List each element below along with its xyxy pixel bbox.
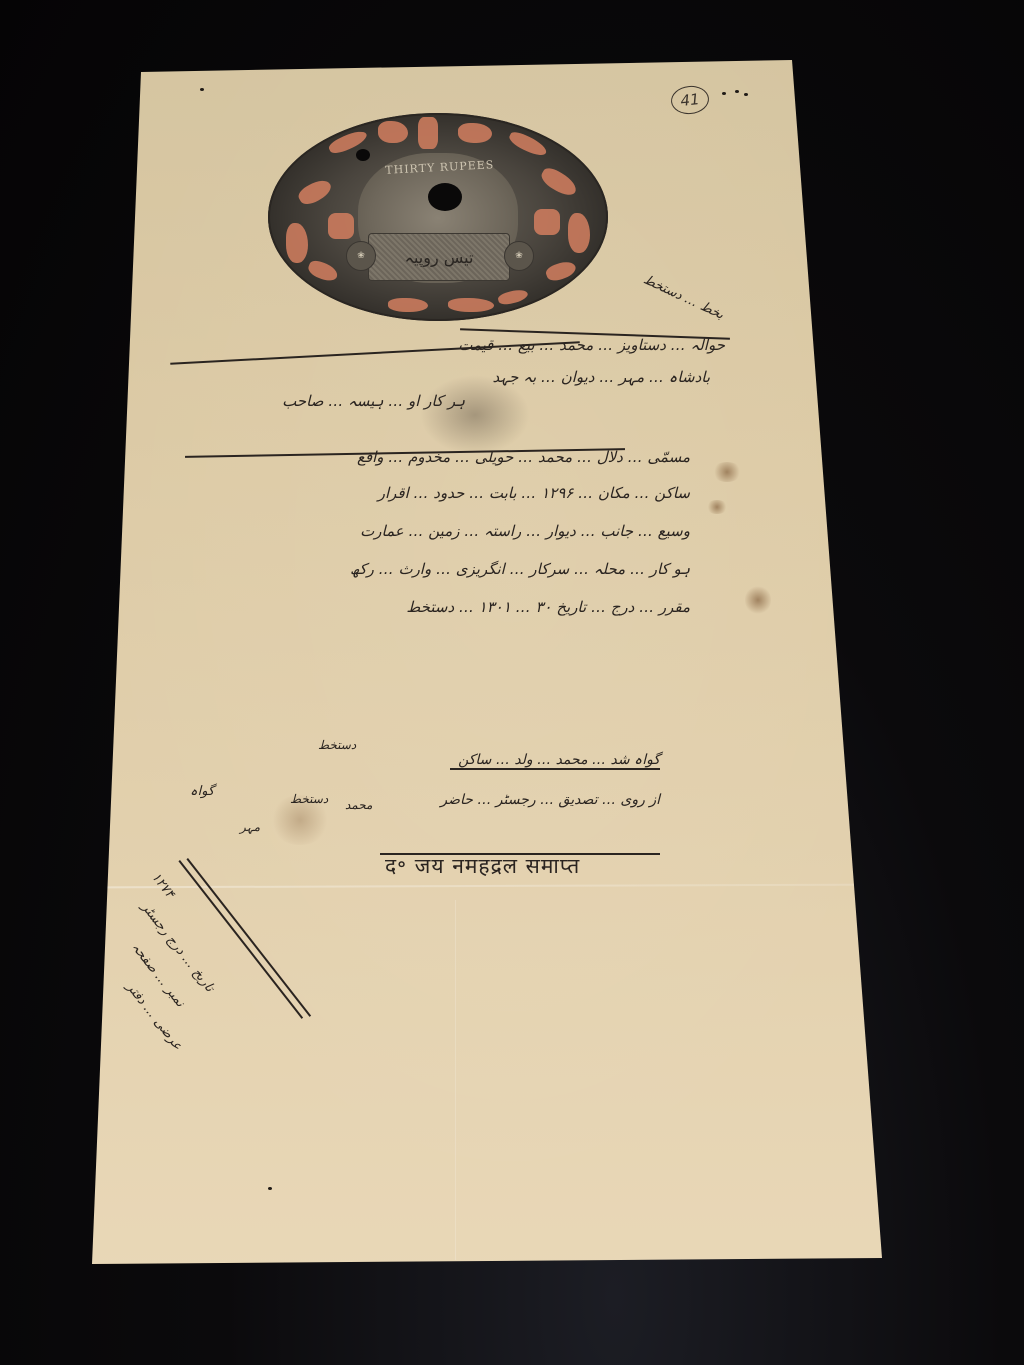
- punch-hole-center: [428, 183, 462, 211]
- stamp-right-emblem-icon: ❀: [504, 241, 534, 271]
- devanagari-signature: द॰ जय नमहद्रल समाप्त: [385, 852, 580, 880]
- header-line-2: بادشاہ … مہر … دیوان … بہ جہد: [380, 368, 710, 386]
- witness-signature-1: گواہ: [190, 784, 214, 799]
- foxing-stain: [712, 462, 742, 482]
- ink-dot: [722, 92, 726, 95]
- registration-line-1: تاریخ … درج رجسٹر: [138, 900, 217, 995]
- header-line-3: ہر کار او … ہیسہ … صاحب: [215, 392, 465, 410]
- witness-signature-3: محمد: [345, 798, 372, 812]
- witness-note: دستخط: [318, 738, 356, 752]
- ink-smudge: [420, 375, 530, 455]
- witness-line-1: گواہ شد … محمد … ولد … ساکن: [430, 752, 660, 768]
- foxing-stain: [706, 500, 728, 514]
- witness-signature-2: دستخط: [290, 792, 328, 806]
- header-line-1: حوالہ … دستاویز … محمد … بیع … قیمت: [165, 336, 725, 354]
- witness-line-2: از روی … تصدیق … رجسٹر … حاضر: [430, 792, 660, 808]
- stamp-left-emblem-icon: ❀: [346, 241, 376, 271]
- foxing-stain: [745, 585, 771, 615]
- stamp-urdu-cartouche: تیس روپیہ: [368, 233, 510, 281]
- body-line-3: وسیع … جانب … دیوار … راستہ … زمین … عما…: [155, 522, 690, 540]
- ink-dot: [744, 93, 748, 96]
- registration-number: ۱۲۷۴: [148, 870, 177, 901]
- witness-signature-4: مہر: [240, 820, 260, 834]
- strike-line: [450, 768, 660, 770]
- ink-dot: [735, 90, 739, 93]
- ink-dot: [200, 88, 204, 91]
- registration-note: ۱۲۷۴ تاریخ … درج رجسٹر نمبر … صفحہ عرضی …: [120, 850, 340, 1030]
- punch-hole-small: [356, 149, 370, 161]
- body-line-1: مسمّی … دلال … محمد … حویلی … مخدوم … وا…: [160, 448, 690, 466]
- fold-crease-vertical: [455, 900, 456, 1260]
- body-line-4: ہو کار … محلہ … سرکار … انگریزی … وارث ……: [155, 560, 690, 578]
- revenue-stamp: THIRTY RUPEES تیس روپیہ ❀ ❀: [268, 113, 608, 321]
- body-line-5: مقرر … درج … تاریخ ۳۰ … ۱۳۰۱ … دستخط: [150, 598, 690, 616]
- strike-line: [179, 860, 303, 1019]
- ink-dot: [268, 1187, 272, 1190]
- body-line-2: ساکن … مکان … ۱۲۹۶ … بابت … حدود … اقرار: [160, 484, 690, 502]
